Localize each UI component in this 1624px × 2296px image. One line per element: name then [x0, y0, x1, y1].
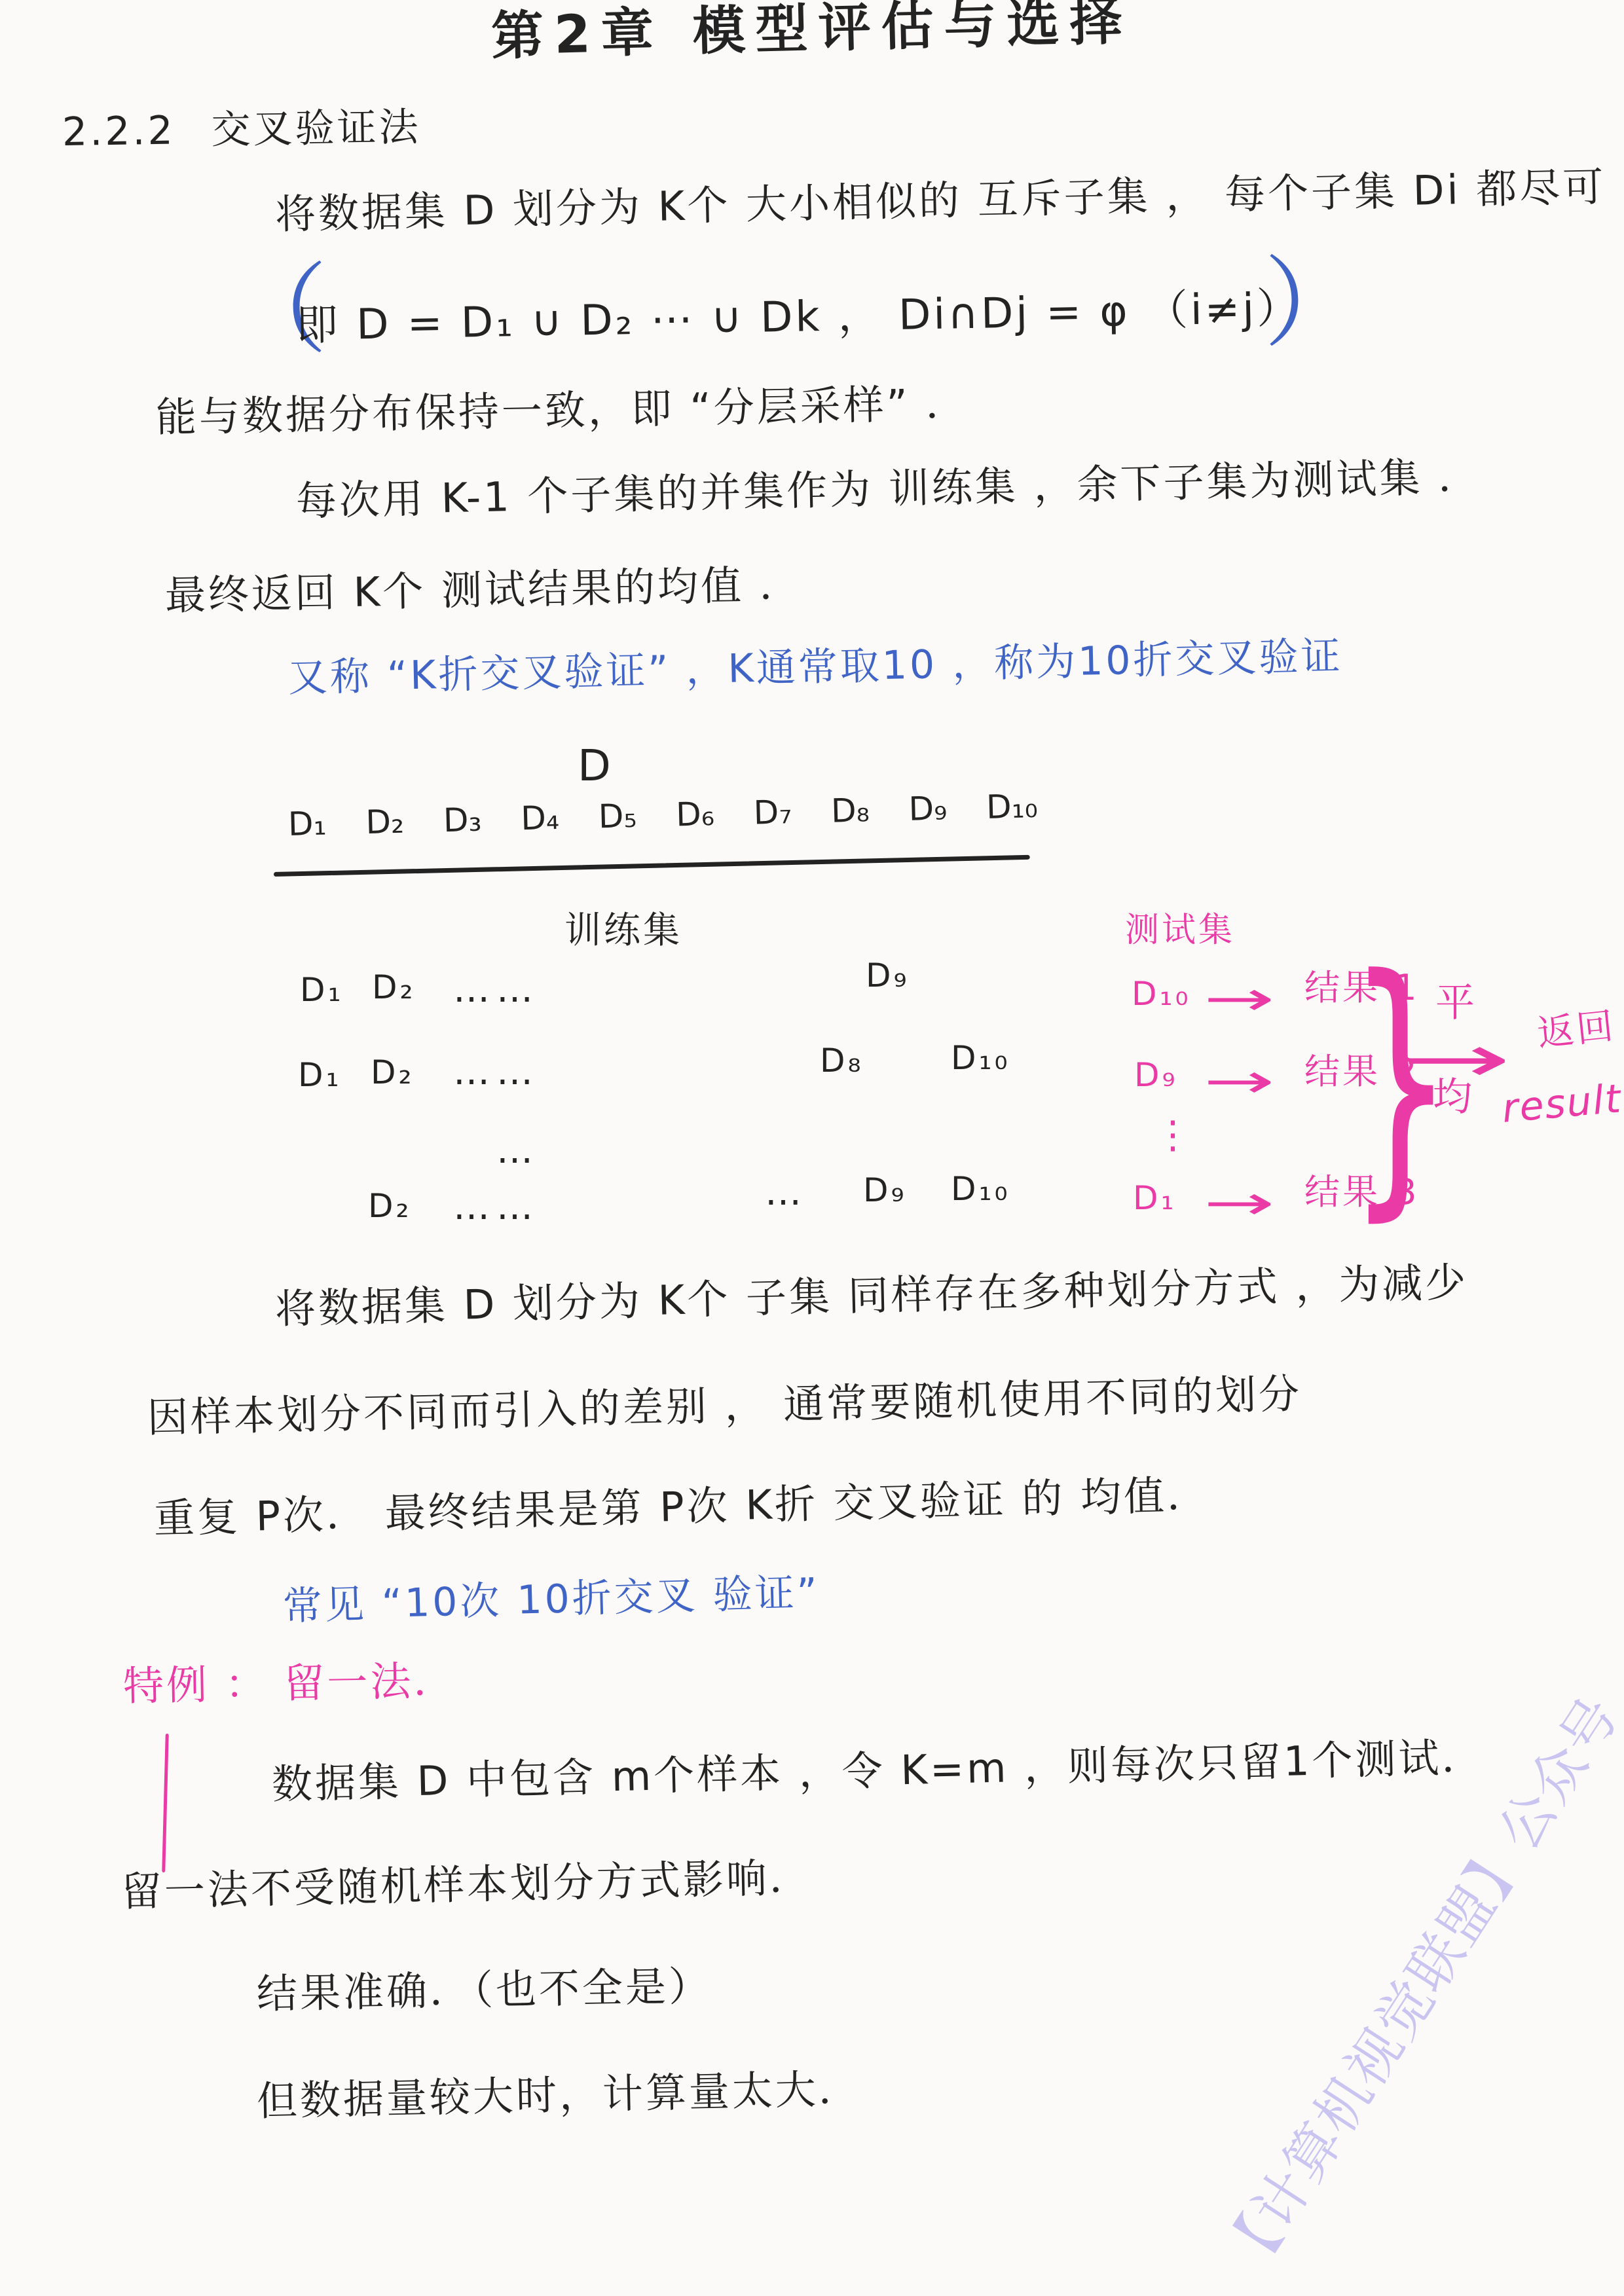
subset-label: D₆: [676, 795, 715, 833]
train-set-label: 训练集: [564, 910, 682, 952]
arrow-icon: →: [1204, 1176, 1280, 1230]
arrow-icon: →: [1204, 972, 1280, 1026]
subset-label: D₈: [830, 791, 870, 829]
subset-label: D₄: [521, 799, 560, 837]
train-cell: D₁: [300, 972, 344, 1010]
train-cell: D₁₀: [951, 1040, 1010, 1078]
subset-label: D₁₀: [986, 787, 1038, 826]
paragraph-line: 重复 P次． 最终结果是第 P次 K折 交叉验证 的 均值．: [153, 1471, 1211, 1542]
subset-label: D₂: [365, 803, 405, 841]
train-cell: D₂: [368, 1188, 412, 1226]
subset-underline: [274, 855, 1030, 877]
chapter-title: 第2章 模型评估与选择: [490, 0, 1133, 67]
train-cell: D₂: [371, 1054, 415, 1092]
paragraph-line: 数据集 D 中包含 m个样本 ，令 K=m ，则每次只留1个测试．: [271, 1734, 1485, 1808]
test-set-label: 测试集: [1125, 911, 1235, 951]
average-label-bottom: 均: [1433, 1075, 1475, 1120]
ten-times-highlight-note: 常见 “10次 10折交叉 验证”: [282, 1571, 821, 1630]
subset-label: D₇: [753, 793, 792, 831]
section-number: 2.2.2: [62, 108, 176, 155]
return-label: 返回: [1536, 1006, 1618, 1056]
set-partition-formula: 即 D = D₁ ∪ D₂ ⋯ ∪ Dk ， Di∩Dj = φ （i≠j）: [295, 285, 1301, 350]
train-cell: D₁₀: [951, 1171, 1010, 1209]
subset-label: D₃: [443, 801, 482, 839]
paragraph-line: 能与数据分布保持一致，即 “分层采样” ．: [155, 380, 969, 441]
train-cell: D₈: [820, 1042, 864, 1080]
paragraph-line: 将数据集 D 划分为 K个 大小相似的 互斥子集 ， 每个子集 Di 都尽可: [274, 163, 1606, 238]
paragraph-line: 结果准确．（也不全是）: [256, 1963, 712, 2017]
row-gap-ellipsis: …: [496, 1130, 542, 1172]
test-vertical-ellipsis: ⋮: [1154, 1113, 1194, 1157]
train-cell: D₂: [372, 969, 416, 1007]
arrow-icon: →: [1204, 1054, 1280, 1108]
paragraph-line: 每次用 K-1 个子集的并集作为 训练集 ，余下子集为测试集 ．: [295, 453, 1482, 524]
train-cell: D₁: [298, 1057, 342, 1095]
pen-stroke-flourish: [162, 1734, 169, 1872]
dataset-label: D: [578, 741, 614, 791]
subset-label: D₅: [598, 797, 637, 835]
kfold-highlight-note: 又称 “K折交叉验证” ，K通常取10 ，称为10折交叉验证: [287, 634, 1343, 701]
special-case-label: 特例 ： 留一法．: [122, 1657, 457, 1709]
result-word: result: [1500, 1076, 1623, 1132]
train-cell: D₉: [863, 1172, 907, 1210]
paragraph-line: 但数据量较大时，计算量太大．: [256, 2066, 862, 2125]
paragraph-line: 将数据集 D 划分为 K个 子集 同样存在多种划分方式 ，为减少: [274, 1259, 1469, 1333]
subset-label: D₁: [287, 805, 327, 843]
section-title: 交叉验证法: [211, 104, 421, 153]
paragraph-line: 因样本划分不同而引入的差别 ， 通常要随机使用不同的划分: [147, 1370, 1302, 1441]
train-cell: D₉: [866, 957, 910, 995]
train-ellipsis: …: [765, 1172, 805, 1214]
paragraph-line: 最终返回 K个 测试结果的均值 ．: [164, 561, 803, 619]
test-subset: D₁₀: [1132, 975, 1191, 1013]
test-subset: D₁: [1133, 1180, 1177, 1218]
average-label-top: 平: [1435, 981, 1477, 1026]
paragraph-line: 留一法不受随机样本划分方式影响．: [120, 1854, 813, 1915]
notebook-page: 第2章 模型评估与选择 2.2.2交叉验证法 将数据集 D 划分为 K个 大小相…: [0, 0, 1624, 2296]
train-ellipsis: ……: [453, 969, 540, 1011]
subset-label: D₉: [908, 789, 948, 828]
test-subset: D₉: [1134, 1057, 1178, 1095]
subset-row: D₁ D₂ D₃ D₄ D₅ D₆ D₇ D₈ D₉ D₁₀: [287, 787, 1038, 843]
train-ellipsis: ……: [453, 1186, 540, 1228]
train-ellipsis: ……: [453, 1051, 540, 1093]
section-heading: 2.2.2交叉验证法: [62, 105, 422, 155]
formula-close-paren: ）: [1264, 247, 1362, 361]
